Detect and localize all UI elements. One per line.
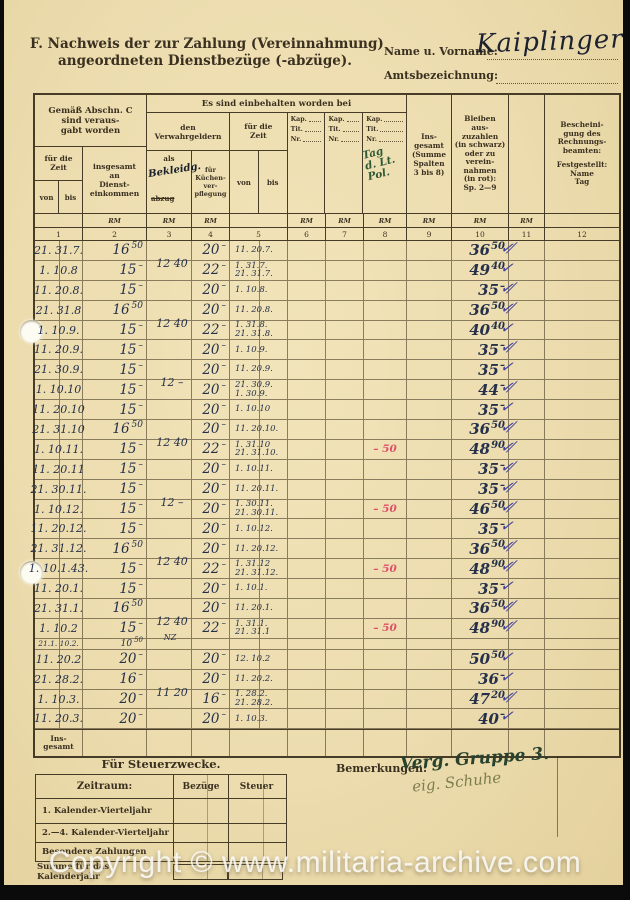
verwahrgeld-abzug-cell — [147, 400, 192, 419]
check-cell: ✓ — [509, 261, 545, 280]
table-row: 1. 10.11. 15– 12 40 22– 1. 31.1021. 31.1… — [35, 440, 619, 460]
steuer-row-q1: 1. Kalender-Vierteljahr — [36, 799, 174, 823]
kap-label: Kap. — [291, 116, 307, 123]
bescheinigung-cell — [545, 281, 619, 300]
rm-marker: RM — [364, 214, 407, 227]
table-row: 11. 20.11 15– 20– 1. 10.11. 35– ✓⁄ — [35, 460, 619, 480]
kap8-cell — [364, 690, 407, 709]
bescheinigung-cell — [545, 500, 619, 519]
header-col5-zeit: für die Zeit von bis — [230, 113, 288, 213]
kap8-cell — [364, 301, 407, 320]
kuechenverpflegung-cell: 16– — [192, 690, 230, 709]
kap8-cell — [364, 241, 407, 260]
dotted-leader — [341, 141, 359, 142]
check-cell: ✓ — [509, 709, 545, 728]
period-value: 1. 10.10 — [36, 383, 81, 396]
zeitraum-cell: 11. 20.9. — [230, 360, 288, 379]
kap7-cell — [326, 321, 364, 340]
rm-marker: RM — [147, 214, 192, 227]
sum-row-label: Ins- gesamt — [43, 735, 74, 752]
kap6-cell — [288, 261, 326, 280]
kap8-cell — [364, 340, 407, 359]
period-value: 1. 10.9. — [38, 324, 80, 337]
insgesamt-cell — [407, 261, 452, 280]
zeitraum-cell: 1. 10.11. — [230, 460, 288, 479]
nr-label: Nr. — [328, 136, 339, 143]
kap7-cell — [326, 241, 364, 260]
kap6-cell — [288, 519, 326, 538]
kap6-cell — [288, 281, 326, 300]
zeitraum-cell: 11. 20.7. — [230, 241, 288, 260]
period-value: 11. 20.1. — [34, 582, 83, 595]
kap8-cell — [364, 599, 407, 618]
table-row: 1. 10.1.43. 15– 12 40 22– 1. 31.1221. 31… — [35, 559, 619, 579]
kap6-cell — [288, 340, 326, 359]
steuer-q1-steuer-cell — [229, 799, 284, 823]
kap8-cell — [364, 670, 407, 689]
rm-marker: RM — [192, 214, 230, 227]
tit-label: Tit. — [366, 126, 378, 133]
kap6-cell — [288, 500, 326, 519]
dotted-leader — [384, 121, 403, 122]
bescheinigung-cell — [545, 360, 619, 379]
checkmark: ✓⁄ — [499, 417, 511, 437]
checkmark: ✓⁄ — [499, 556, 511, 576]
check-cell: ✓⁄ — [509, 281, 545, 300]
table-row: 21. 31.12. 1650 20– 11. 20.12. 3650 ✓⁄ — [35, 539, 619, 559]
checkmark: ✓ — [499, 257, 511, 277]
check-cell: ✓⁄ — [509, 559, 545, 578]
kap8-cell: – 50 — [364, 619, 407, 638]
bescheinigung-cell — [545, 519, 619, 538]
period-value: 21. 28.2. — [34, 673, 83, 686]
insgesamt-cell — [407, 709, 452, 728]
diensteinkommen-cell: 20– — [83, 650, 147, 669]
kuechenverpflegung-cell: 20– — [192, 340, 230, 359]
checkmark: ✓ — [499, 516, 511, 536]
diensteinkommen-cell: 15– — [83, 500, 147, 519]
tit-label: Tit. — [291, 126, 303, 133]
kuechenverpflegung-cell: 20– — [192, 500, 230, 519]
photo-edge-left — [0, 0, 4, 900]
header-bis: bis — [59, 181, 82, 213]
form-title-line1: F. Nachweis der zur Zahlung (Vereinnahmu… — [30, 36, 384, 53]
col-number: 1 — [35, 228, 83, 240]
kuechenverpflegung-cell: 20– — [192, 670, 230, 689]
col3-printed-abzug-struck: abzug — [151, 194, 174, 203]
kap7-cell — [326, 480, 364, 499]
table-row: 11. 20.8. 15– 20– 1. 10.8. 35– ✓⁄ — [35, 281, 619, 301]
diensteinkommen-cell: 20– — [83, 709, 147, 728]
checkmark: ✓⁄ — [499, 238, 511, 258]
dotted-leader — [343, 131, 360, 132]
table-row: 1. 10.3. 20– 11 20 16– 1. 28.2.21. 28.2.… — [35, 690, 619, 710]
period-cell: 11. 20.10 — [35, 400, 83, 419]
bescheinigung-cell — [545, 670, 619, 689]
kuechenverpflegung-cell: 20– — [192, 460, 230, 479]
steuer-col-steuer: Steuer — [229, 775, 284, 798]
verwahrgeld-abzug-cell: 11 20 — [147, 690, 192, 709]
col-number: 7 — [326, 228, 364, 240]
kuechenverpflegung-cell: 20– — [192, 599, 230, 618]
check-cell: ✓ — [509, 650, 545, 669]
diensteinkommen-cell: 15– — [83, 579, 147, 598]
checkmark: ✓⁄ — [499, 337, 511, 357]
zeitraum-cell: 1. 31.7.21. 31.7. — [230, 261, 288, 280]
header-col5-title: für die Zeit — [230, 113, 287, 151]
period-value: 21. 31.10 — [32, 423, 84, 436]
kap7-cell — [326, 420, 364, 439]
nr-label: Nr. — [291, 136, 302, 143]
diensteinkommen-cell: 1650 — [83, 241, 147, 260]
amtsbezeichnung-underline — [496, 83, 618, 84]
insgesamt-cell — [407, 360, 452, 379]
period-cell: 1. 10.2 — [35, 619, 83, 638]
rm-marker: RM — [83, 214, 147, 227]
bescheinigung-cell — [545, 440, 619, 459]
checkmark: ✓ — [499, 706, 511, 726]
verwahrgeld-abzug-cell: NZ — [147, 639, 192, 649]
verwahrgeld-abzug-cell: 12 40 — [147, 261, 192, 280]
col-number: 8 — [364, 228, 407, 240]
kap6-cell — [288, 670, 326, 689]
bescheinigung-cell — [545, 559, 619, 578]
kap6-cell — [288, 360, 326, 379]
zeitraum-cell: 1. 31.1221. 31.12. — [230, 559, 288, 578]
period-value: 1. 10.8 — [39, 264, 77, 277]
table-row: 1. 10.10 15– 12 – 20– 21. 30.9.1. 30.9. … — [35, 380, 619, 400]
table-row: 21. 30.11. 15– 20– 11. 20.11. 35– ✓⁄ — [35, 480, 619, 500]
red-deduction-value: – 50 — [373, 443, 397, 455]
check-cell: ✓⁄ — [509, 440, 545, 459]
checkmark: ✓⁄ — [499, 615, 511, 635]
kap6-cell — [288, 321, 326, 340]
payment-table: Gemäß Abschn. C sind veraus- gabt worden… — [33, 93, 621, 758]
photo-edge-right — [623, 0, 630, 900]
insgesamt-cell — [407, 400, 452, 419]
header-col2-diensteinkommen: insgesamt an Dienst- einkommen — [83, 147, 146, 213]
diensteinkommen-cell: 15– — [83, 380, 147, 399]
kap8-cell — [364, 460, 407, 479]
red-deduction-value: – 50 — [373, 622, 397, 634]
insgesamt-cell — [407, 500, 452, 519]
amtsbezeichnung-label: Amtsbezeichnung: — [384, 69, 498, 82]
bescheinigung-cell — [545, 639, 619, 649]
verwahrgeld-abzug-cell: 12 – — [147, 380, 192, 399]
kap8-cell — [364, 321, 407, 340]
kap7-cell — [326, 559, 364, 578]
period-cell: 1. 10.9. — [35, 321, 83, 340]
bescheinigung-cell — [545, 650, 619, 669]
insgesamt-cell — [407, 639, 452, 649]
zeitraum-cell: 1. 10.1. — [230, 579, 288, 598]
kuechenverpflegung-cell: 20– — [192, 360, 230, 379]
zeitraum-cell: 11. 20.8. — [230, 301, 288, 320]
period-cell: 11. 20.2 — [35, 650, 83, 669]
bescheinigung-cell — [545, 460, 619, 479]
period-cell: 21. 30.11. — [35, 480, 83, 499]
kap7-cell — [326, 440, 364, 459]
kap7-cell — [326, 400, 364, 419]
col-number: 11 — [509, 228, 545, 240]
checkmark: ✓⁄ — [499, 277, 511, 297]
table-row: 1. 10.8 15– 12 40 22– 1. 31.7.21. 31.7. … — [35, 261, 619, 281]
check-cell: ✓⁄ — [509, 599, 545, 618]
period-cell: 21. 31.7. — [35, 241, 83, 260]
zeitraum-cell — [230, 639, 288, 649]
table-row: 11. 20.9. 15– 20– 1. 10.9. 35– ✓⁄ — [35, 340, 619, 360]
header-col7-kap: Kap. Tit. Nr. — [325, 113, 363, 213]
checkmark: ✓⁄ — [499, 297, 511, 317]
verwahrgeld-abzug-cell — [147, 579, 192, 598]
rm-marker: RM — [288, 214, 326, 227]
bescheinigung-cell — [545, 340, 619, 359]
tit-label: Tit. — [328, 126, 340, 133]
kuechenverpflegung-cell: 20– — [192, 241, 230, 260]
kap6-cell — [288, 380, 326, 399]
header-col11-blank — [509, 95, 545, 213]
checkmark: ✓⁄ — [499, 686, 511, 706]
kuechenverpflegung-cell: 20– — [192, 420, 230, 439]
kap7-cell — [326, 539, 364, 558]
verwahrgeld-abzug-cell — [147, 281, 192, 300]
kuechenverpflegung-cell: 22– — [192, 261, 230, 280]
period-cell: 21.1. 10.2. — [35, 639, 83, 649]
check-cell: ✓ — [509, 519, 545, 538]
col-number: 12 — [545, 228, 619, 240]
period-value: 11. 20.9. — [34, 343, 83, 356]
kap8-cell — [364, 650, 407, 669]
kap6-cell — [288, 539, 326, 558]
period-cell: 11. 20.8. — [35, 281, 83, 300]
diensteinkommen-cell: 15– — [83, 360, 147, 379]
kuechenverpflegung-cell: 20– — [192, 380, 230, 399]
checkmark: ✓⁄ — [499, 496, 511, 516]
period-cell: 1. 10.10 — [35, 380, 83, 399]
period-value: 21.1. 10.2. — [38, 639, 79, 648]
column-numbers-row: 1 2 3 4 5 6 7 8 9 10 11 12 — [35, 227, 619, 240]
period-value: 11. 20.3. — [34, 712, 83, 725]
period-value: 21. 30.11. — [31, 483, 87, 496]
kuechenverpflegung-cell: 22– — [192, 559, 230, 578]
checkmark: ✓⁄ — [499, 596, 511, 616]
diensteinkommen-cell: 15– — [83, 261, 147, 280]
checkmark: ✓ — [499, 397, 511, 417]
kap6-cell — [288, 480, 326, 499]
zeitraum-cell: 11. 20.12. — [230, 539, 288, 558]
form-title-line2: angeordneten Dienstbezüge (-abzüge). — [58, 53, 384, 70]
insgesamt-cell — [407, 301, 452, 320]
period-value: 11. 20.10 — [32, 403, 84, 416]
checkmark: ✓⁄ — [499, 377, 511, 397]
verwahrgeld-abzug-cell: 12 40 — [147, 440, 192, 459]
red-deduction-value: – 50 — [373, 503, 397, 515]
check-cell: ✓⁄ — [509, 480, 545, 499]
zeitraum-cell: 12. 10.2 — [230, 650, 288, 669]
insgesamt-cell — [407, 619, 452, 638]
verwahrgeld-abzug-cell: 12 40 — [147, 559, 192, 578]
header-col3-abzug: als abzug Bekleidg. — [147, 151, 192, 213]
period-value: 21. 31.1. — [34, 602, 83, 615]
name-block: Name u. Vorname: Kaiplinger Jos Amtsbeze… — [384, 40, 620, 88]
bescheinigung-cell — [545, 599, 619, 618]
period-value: 1. 10.11. — [34, 443, 83, 456]
zeitraum-cell: 1. 31.8.21. 31.8. — [230, 321, 288, 340]
steuer-q1-bezuege-cell — [174, 799, 229, 823]
kap6-cell — [288, 559, 326, 578]
kap6-cell — [288, 301, 326, 320]
kap7-cell — [326, 500, 364, 519]
kap8-cell: – 50 — [364, 559, 407, 578]
diensteinkommen-cell: 1650 — [83, 420, 147, 439]
period-cell: 21. 30.9. — [35, 360, 83, 379]
col12-bescheinigung-text: Bescheini- gung des Rechnungs- beamten: — [558, 121, 607, 155]
red-deduction-value: – 50 — [373, 563, 397, 575]
insgesamt-cell — [407, 321, 452, 340]
kuechenverpflegung-cell: 20– — [192, 400, 230, 419]
kap7-cell — [326, 281, 364, 300]
kap6-cell — [288, 690, 326, 709]
checkmark: ✓⁄ — [499, 536, 511, 556]
steuer-q24-steuer-cell — [229, 824, 284, 842]
check-cell: ✓ — [509, 579, 545, 598]
kap7-cell — [326, 301, 364, 320]
insgesamt-cell — [407, 460, 452, 479]
header-einbehalten-title: Es sind einbehalten worden bei — [147, 95, 406, 113]
zeitraum-cell: 11. 20.1. — [230, 599, 288, 618]
table-row: 11. 20.2 20– 20– 12. 10.2 5050 ✓ — [35, 650, 619, 670]
verwahrgeld-abzug-cell — [147, 340, 192, 359]
kap6-cell — [288, 400, 326, 419]
bescheinigung-cell — [545, 241, 619, 260]
dotted-leader — [347, 121, 360, 122]
period-value: 11. 20.11 — [32, 463, 84, 476]
kap8-cell — [364, 400, 407, 419]
period-cell: 21. 31.1. — [35, 599, 83, 618]
check-cell: ✓⁄ — [509, 690, 545, 709]
diensteinkommen-cell: 1050 — [83, 639, 147, 649]
table-header: Gemäß Abschn. C sind veraus- gabt worden… — [35, 95, 619, 213]
kap6-cell — [288, 420, 326, 439]
period-cell: 11. 20.3. — [35, 709, 83, 728]
kap8-cell — [364, 519, 407, 538]
diensteinkommen-cell: 1650 — [83, 301, 147, 320]
table-row: 1. 10.9. 15– 12 40 22– 1. 31.8.21. 31.8.… — [35, 321, 619, 341]
table-row: 21. 30.9. 15– 20– 11. 20.9. 35– ✓ — [35, 360, 619, 380]
insgesamt-cell — [407, 480, 452, 499]
kap7-cell — [326, 619, 364, 638]
header-col9-insgesamt: Ins- gesamt (Summe Spalten 3 bis 8) — [407, 95, 452, 213]
diensteinkommen-cell: 1650 — [83, 539, 147, 558]
verwahrgeld-abzug-cell: 12 40 — [147, 321, 192, 340]
period-value: 21. 30.9. — [34, 363, 83, 376]
table-row: 21.1. 10.2. 1050 NZ — [35, 639, 619, 650]
insgesamt-cell — [407, 440, 452, 459]
kap6-cell — [288, 440, 326, 459]
zeitraum-cell: 1. 28.2.21. 28.2. — [230, 690, 288, 709]
verwahrgeld-abzug-cell — [147, 460, 192, 479]
bescheinigung-cell — [545, 619, 619, 638]
kap8-cell — [364, 579, 407, 598]
header-group-einbehalten: Es sind einbehalten worden bei den Verwa… — [147, 95, 407, 213]
diensteinkommen-cell: 15– — [83, 321, 147, 340]
kap8-cell: – 50 — [364, 440, 407, 459]
period-value: 1. 10.2 — [39, 622, 77, 635]
kuechenverpflegung-cell: 20– — [192, 709, 230, 728]
kuechenverpflegung-cell: 22– — [192, 321, 230, 340]
check-cell: ✓⁄ — [509, 340, 545, 359]
period-value: 1. 10.12. — [34, 503, 83, 516]
period-cell: 21. 31.12. — [35, 539, 83, 558]
form-title: F. Nachweis der zur Zahlung (Vereinnahmu… — [30, 36, 384, 70]
dotted-leader — [305, 131, 322, 132]
period-cell: 1. 10.11. — [35, 440, 83, 459]
header-group-verausgabt: Gemäß Abschn. C sind veraus- gabt worden… — [35, 95, 147, 213]
check-cell: ✓⁄ — [509, 539, 545, 558]
col-number: 4 — [192, 228, 230, 240]
steuerzwecke-heading: Für Steuerzwecke. — [35, 757, 287, 771]
kap8-cell — [364, 360, 407, 379]
table-row: 11. 20.12. 15– 20– 1. 10.12. 35– ✓ — [35, 519, 619, 539]
header-verwahrgeldern-title: den Verwahrgeldern — [147, 113, 229, 151]
zeitraum-cell: 21. 30.9.1. 30.9. — [230, 380, 288, 399]
period-cell: 11. 20.9. — [35, 340, 83, 359]
kuechenverpflegung-cell: 22– — [192, 619, 230, 638]
period-cell: 21. 31.8 — [35, 301, 83, 320]
table-body: 21. 31.7. 1650 20– 11. 20.7. 3650 ✓⁄ 1. … — [35, 240, 619, 729]
rm-marker: RM — [407, 214, 452, 227]
diensteinkommen-cell: 15– — [83, 519, 147, 538]
verwahrgeld-abzug-cell: 12 – — [147, 500, 192, 519]
diensteinkommen-cell: 15– — [83, 460, 147, 479]
diensteinkommen-cell: 16– — [83, 670, 147, 689]
watermark-text: Copyright © www.militaria-archive.com — [49, 846, 581, 880]
col-number: 9 — [407, 228, 452, 240]
table-row: 11. 20.3. 20– 20– 1. 10.3. 40– ✓ — [35, 709, 619, 729]
table-row: 11. 20.1. 15– 20– 1. 10.1. 35– ✓ — [35, 579, 619, 599]
col-number: 3 — [147, 228, 192, 240]
check-cell: ✓ — [509, 360, 545, 379]
insgesamt-cell — [407, 340, 452, 359]
bescheinigung-cell — [545, 380, 619, 399]
kap7-cell — [326, 599, 364, 618]
table-row: 21. 31.10 1650 20– 11. 20.10. 3650 ✓⁄ — [35, 420, 619, 440]
period-value: 11. 20.8. — [34, 284, 83, 297]
period-cell: 21. 31.10 — [35, 420, 83, 439]
steuer-q24-bezuege-cell — [174, 824, 229, 842]
period-cell: 21. 28.2. — [35, 670, 83, 689]
kuechenverpflegung-cell: 20– — [192, 539, 230, 558]
scanned-document-photo: F. Nachweis der zur Zahlung (Vereinnahmu… — [0, 0, 630, 900]
col8-handwritten-green-note: Tag d. Lt. Pol. — [362, 144, 400, 183]
zeitraum-cell: 1. 10.9. — [230, 340, 288, 359]
bescheinigung-cell — [545, 709, 619, 728]
kap6-cell — [288, 709, 326, 728]
bescheinigung-cell — [545, 579, 619, 598]
check-cell: ✓ — [509, 670, 545, 689]
kuechenverpflegung-cell: 20– — [192, 579, 230, 598]
insgesamt-cell — [407, 420, 452, 439]
zeitraum-cell: 1. 10.3. — [230, 709, 288, 728]
kuechenverpflegung-cell — [192, 639, 230, 649]
check-cell: ✓⁄ — [509, 460, 545, 479]
diensteinkommen-cell: 15– — [83, 400, 147, 419]
kuechenverpflegung-cell: 20– — [192, 301, 230, 320]
check-cell: ✓⁄ — [509, 380, 545, 399]
name-underline — [487, 59, 618, 60]
kap8-cell — [364, 639, 407, 649]
insgesamt-cell — [407, 380, 452, 399]
